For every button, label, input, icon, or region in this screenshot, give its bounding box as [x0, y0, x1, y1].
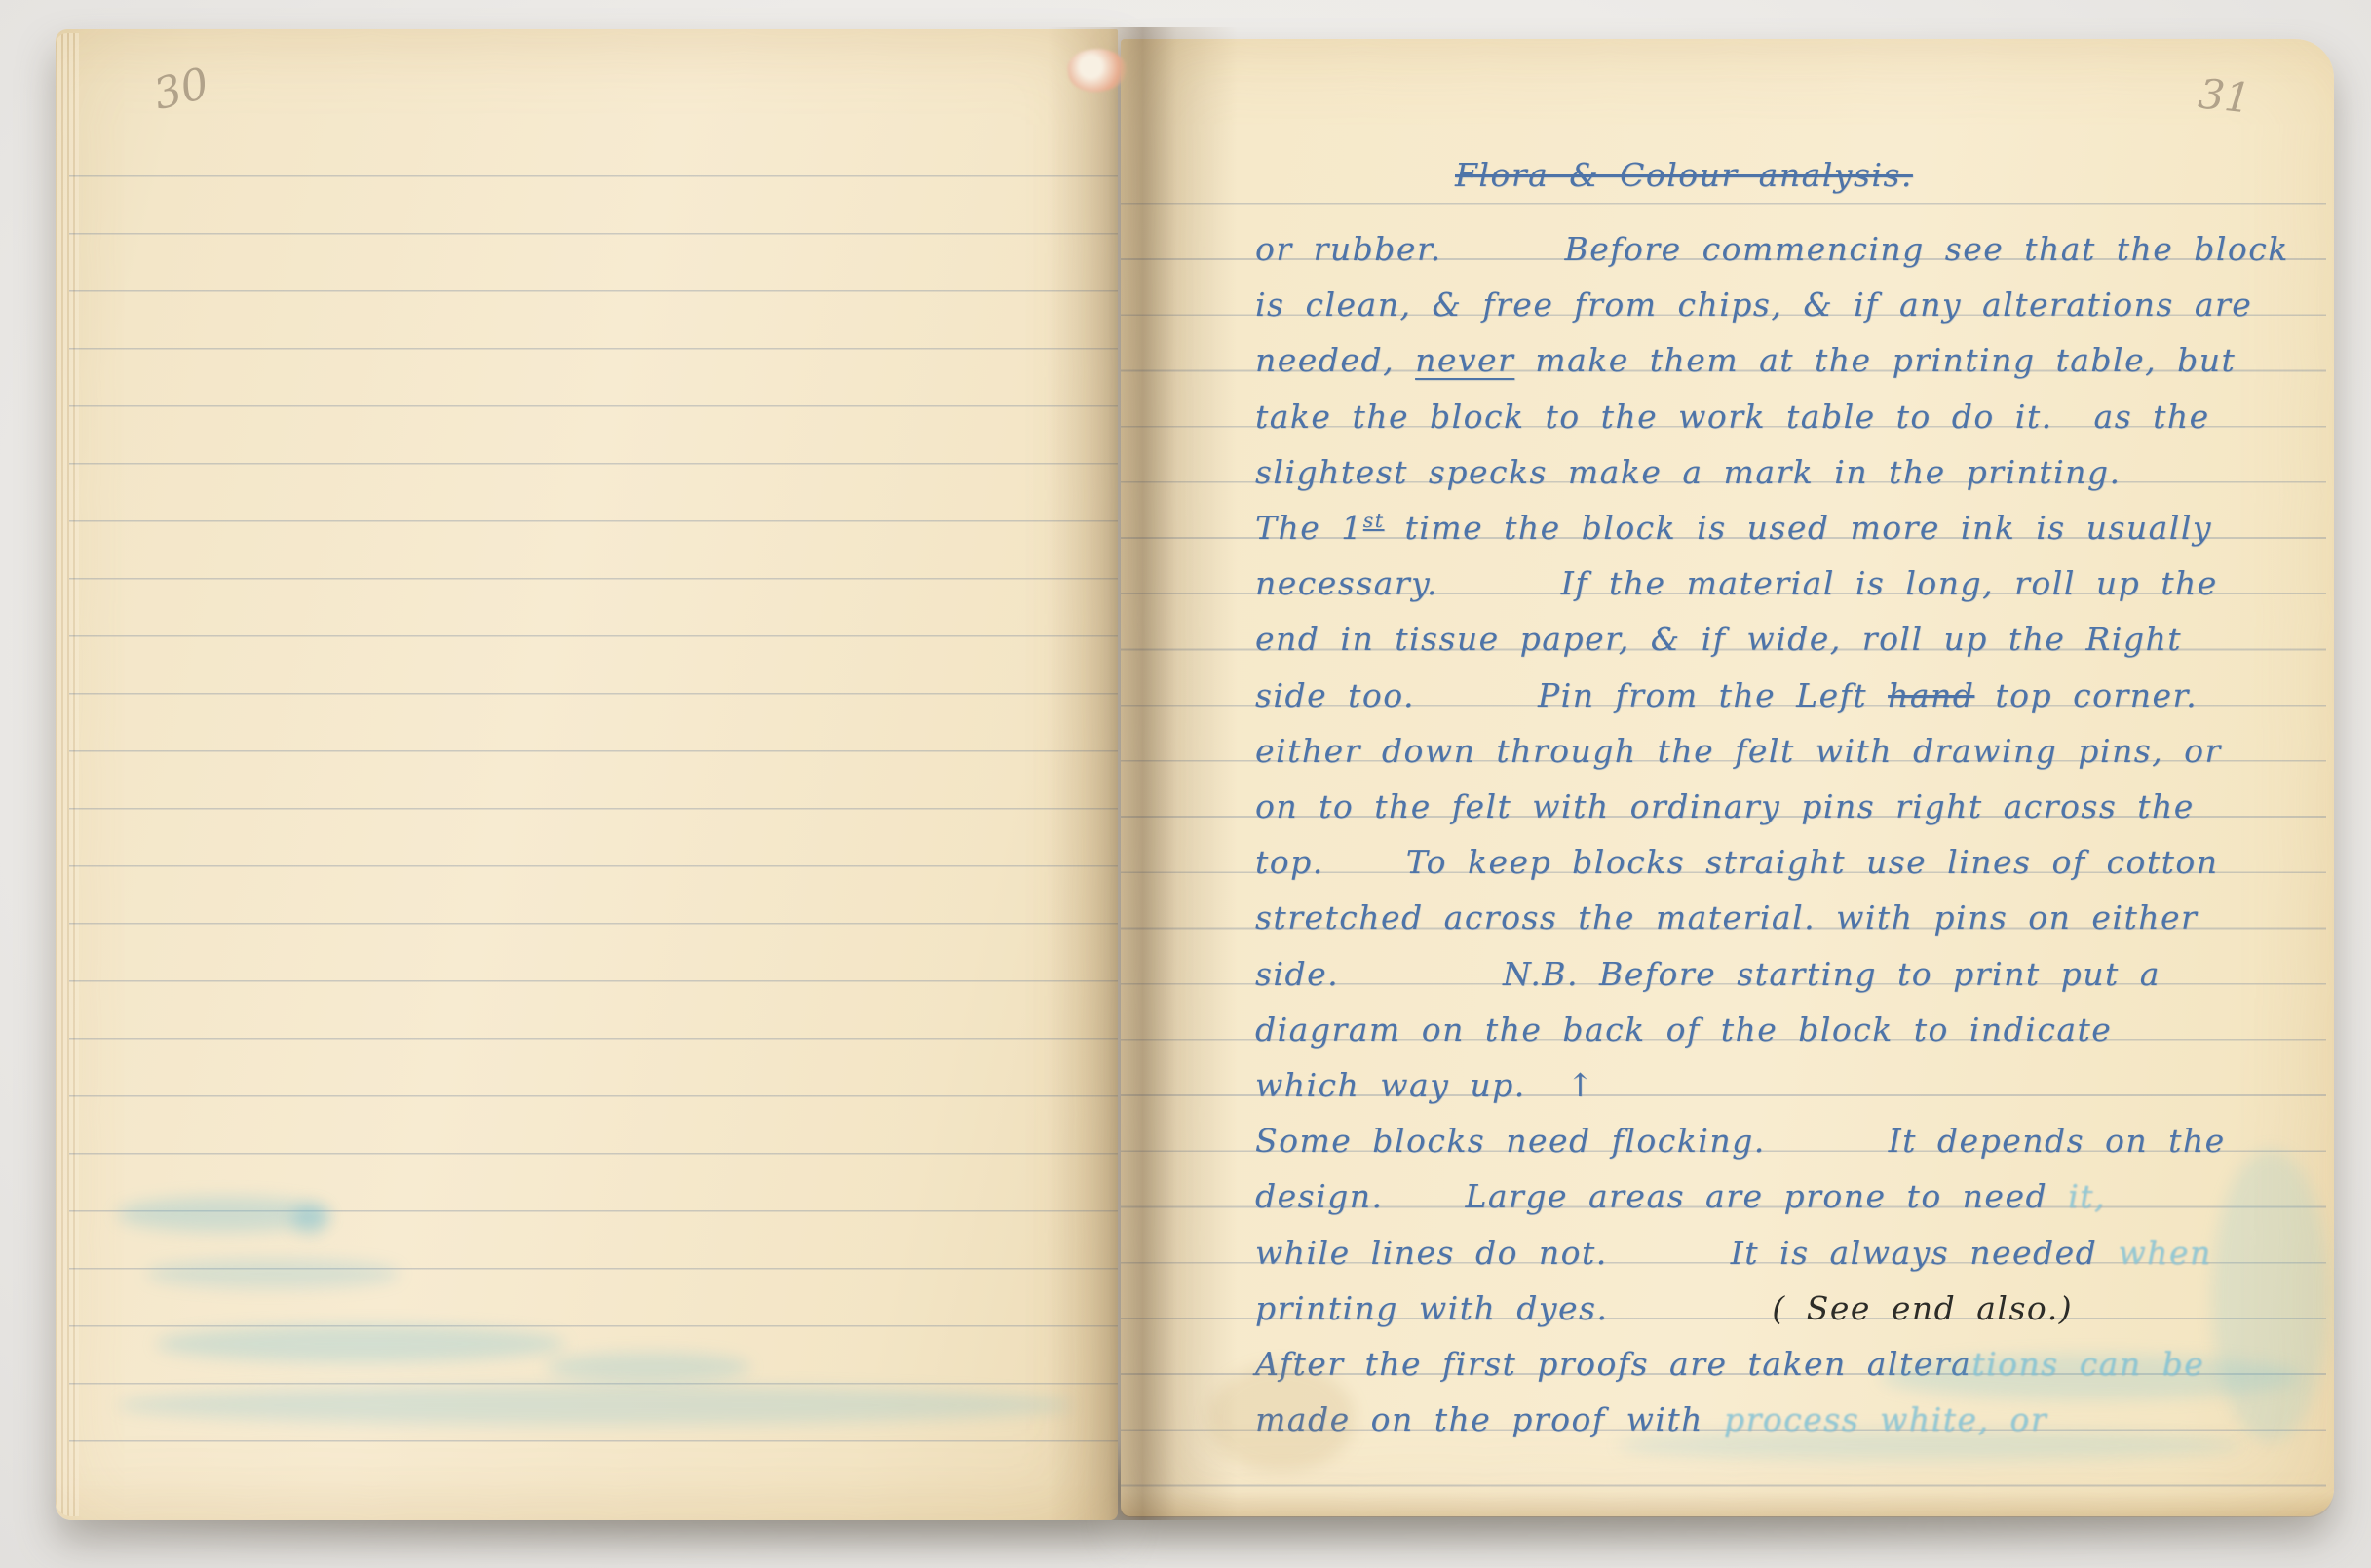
handwriting-segment: never — [1415, 341, 1514, 379]
handwriting-segment: it, — [2068, 1177, 2106, 1215]
handwriting-line: on to the felt with ordinary pins right … — [1255, 787, 2195, 825]
handwriting-line: stretched across the material. with pins… — [1255, 899, 2198, 937]
handwriting-segment: either down through the felt with drawin… — [1255, 732, 2222, 770]
handwriting-segment: make them at the printing table, but — [1514, 341, 2236, 379]
handwriting-line: top. To keep blocks straight use lines o… — [1255, 843, 2219, 881]
page-number-right: 31 — [2197, 69, 2253, 122]
handwriting-segment: while lines do not. It is always needed — [1255, 1234, 2118, 1272]
handwriting-segment: hand — [1888, 676, 1974, 714]
ink-bleed-smudge — [546, 1353, 750, 1382]
handwriting-line: which way up. ↑ — [1255, 1066, 1595, 1104]
ink-bleed-smudge — [117, 1386, 1072, 1425]
handwriting-line: printing with dyes. ( See end also.) — [1255, 1289, 2073, 1327]
handwriting-segment: design. Large areas are prone to need — [1255, 1177, 2068, 1215]
handwriting-line: design. Large areas are prone to need it… — [1255, 1177, 2106, 1215]
handwriting-segment: top corner. — [1974, 676, 2198, 714]
handwriting-segment: side too. Pin from the Left — [1255, 676, 1888, 714]
ink-bleed-smudge — [292, 1205, 327, 1234]
handwriting-line: The 1st time the block is used more ink … — [1255, 509, 2212, 547]
handwriting-layer: Flora & Colour analysis. or rubber. Befo… — [1255, 39, 2308, 1516]
handwriting-line: is clean, & free from chips, & if any al… — [1255, 286, 2252, 324]
handwriting-line: needed, never make them at the printing … — [1255, 341, 2236, 379]
spine-gutter — [1048, 27, 1238, 1520]
handwriting-segment: side. N.B. Before starting to print put … — [1255, 955, 2161, 993]
handwriting-segment: time the block is used more ink is usual… — [1384, 509, 2212, 547]
handwriting-line: Some blocks need flocking. It depends on… — [1255, 1122, 2226, 1160]
handwriting-line: while lines do not. It is always needed … — [1255, 1234, 2212, 1272]
handwriting-segment: slightest specks make a mark in the prin… — [1255, 453, 2122, 491]
handwriting-segment: st — [1363, 509, 1385, 532]
ink-bleed-smudge — [2212, 1150, 2329, 1442]
handwriting-line: either down through the felt with drawin… — [1255, 732, 2222, 770]
handwriting-segment: when — [2118, 1234, 2211, 1272]
handwriting-segment: printing with dyes. — [1255, 1289, 1772, 1327]
ink-bleed-smudge — [1881, 1355, 2300, 1399]
page-title-struck: Flora & Colour analysis. — [1455, 156, 1913, 194]
left-page — [56, 29, 1118, 1520]
ink-bleed-smudge — [146, 1259, 400, 1288]
handwriting-segment: necessary. If the material is long, roll… — [1255, 564, 2218, 602]
handwriting-line: take the block to the work table to do i… — [1255, 398, 2210, 436]
handwriting-line: slightest specks make a mark in the prin… — [1255, 453, 2122, 491]
paper-stain — [1208, 1364, 1355, 1472]
handwriting-segment: which way up. ↑ — [1255, 1066, 1595, 1104]
handwriting-line: diagram on the back of the block to indi… — [1255, 1011, 2112, 1049]
handwriting-segment: on to the felt with ordinary pins right … — [1255, 787, 2195, 825]
handwriting-segment: take the block to the work table to do i… — [1255, 398, 2210, 436]
handwriting-segment: Flora & Colour analysis. — [1455, 156, 1913, 194]
handwriting-segment: needed, — [1255, 341, 1415, 379]
right-page: Flora & Colour analysis. or rubber. Befo… — [1121, 39, 2334, 1516]
handwriting-segment: is clean, & free from chips, & if any al… — [1255, 286, 2252, 324]
handwriting-segment: The 1 — [1255, 509, 1363, 547]
handwriting-segment: or rubber. Before commencing see that th… — [1255, 230, 2289, 268]
handwriting-line: side too. Pin from the Left hand top cor… — [1255, 676, 2198, 714]
handwriting-segment: After the first proofs are taken altera — [1255, 1345, 1971, 1383]
ink-bleed-smudge — [156, 1325, 565, 1362]
handwriting-segment: end in tissue paper, & if wide, roll up … — [1255, 620, 2182, 658]
left-page-ruled-lines — [69, 175, 1118, 1486]
handwriting-line: side. N.B. Before starting to print put … — [1255, 955, 2161, 993]
handwriting-segment: stretched across the material. with pins… — [1255, 899, 2198, 937]
handwriting-segment: Some blocks need flocking. It depends on… — [1255, 1122, 2226, 1160]
handwriting-segment: ( See end also.) — [1772, 1289, 2073, 1327]
handwriting-line: or rubber. Before commencing see that th… — [1255, 230, 2289, 268]
handwriting-line: end in tissue paper, & if wide, roll up … — [1255, 620, 2182, 658]
handwriting-segment: diagram on the back of the block to indi… — [1255, 1011, 2112, 1049]
handwriting-line: necessary. If the material is long, roll… — [1255, 564, 2218, 602]
handwriting-segment: top. To keep blocks straight use lines o… — [1255, 843, 2219, 881]
ink-bleed-smudge — [1618, 1431, 2241, 1460]
